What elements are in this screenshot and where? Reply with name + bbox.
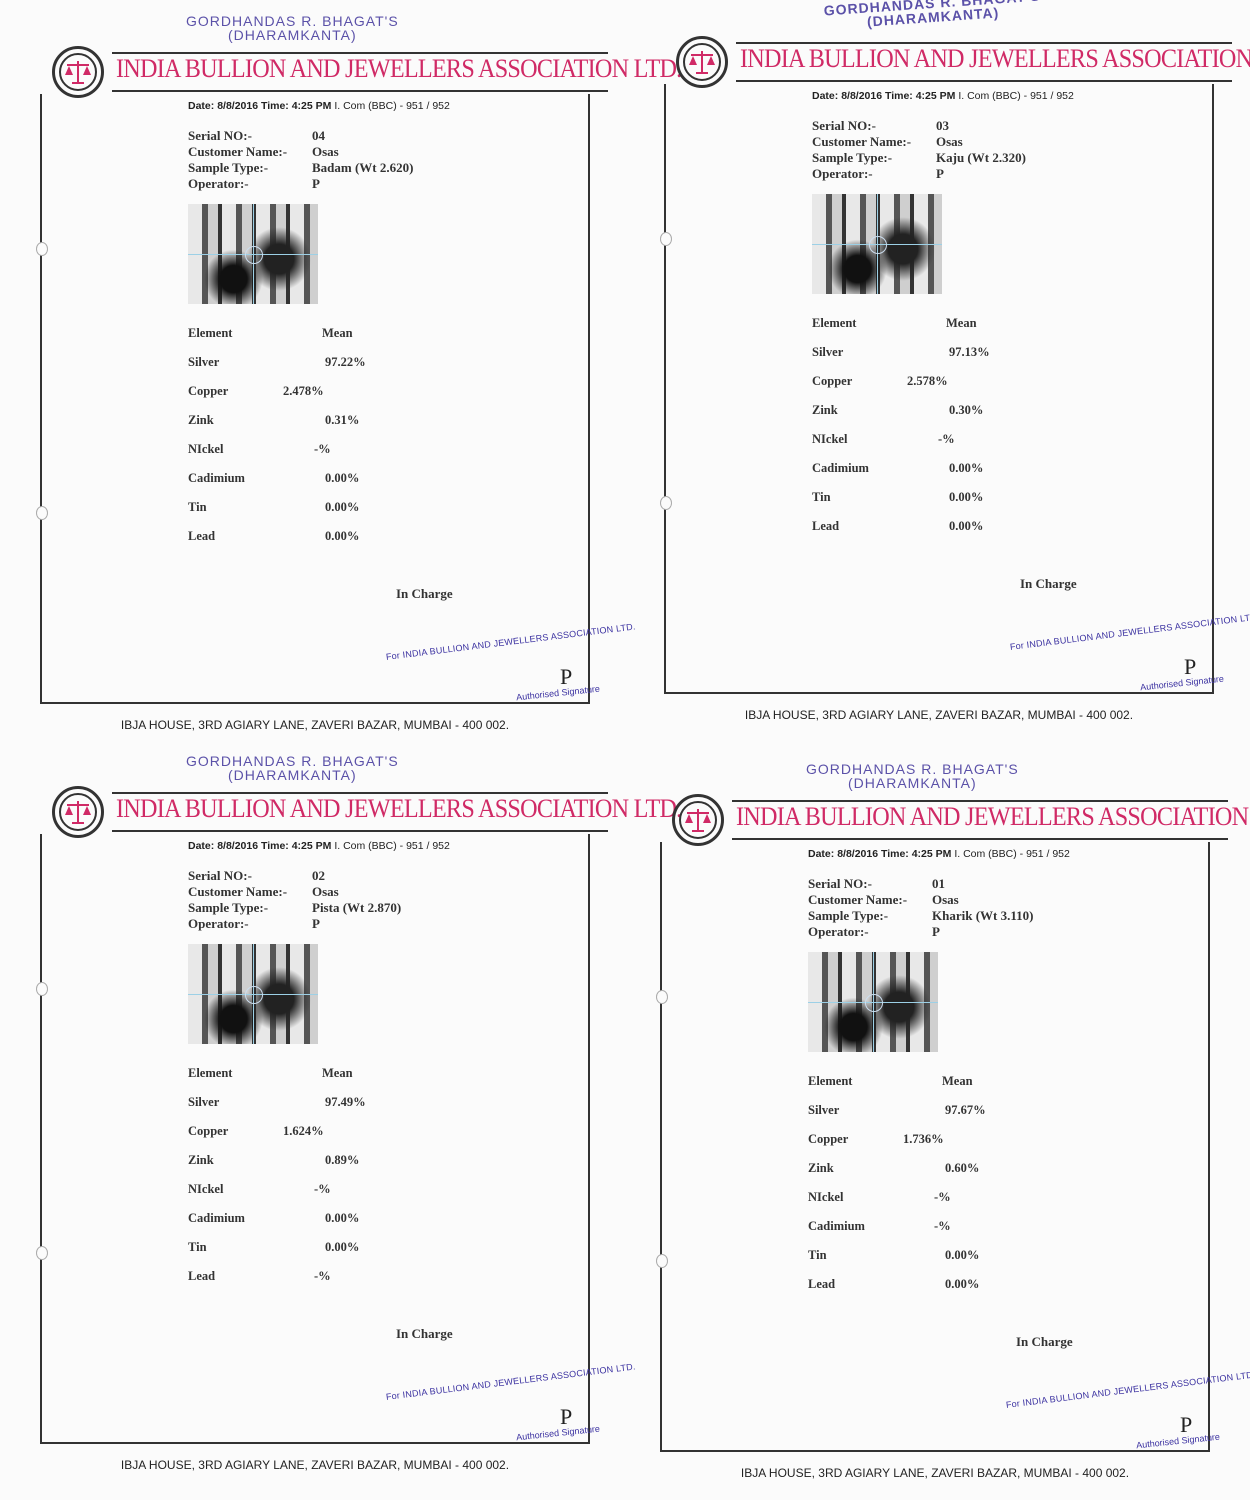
customer-label: Customer Name:- (188, 884, 312, 900)
company-address: IBJA HOUSE, 3RD AGIARY LANE, ZAVERI BAZA… (40, 718, 590, 732)
element-mean: 0.60% (945, 1161, 979, 1176)
sample-value: Badam (Wt 2.620) (312, 160, 413, 176)
assay-certificate-03: GORDHANDAS R. BHAGAT'S (DHARAMKANTA) IND… (664, 2, 1224, 742)
sample-xray-image (188, 204, 318, 304)
in-charge-label: In Charge (1016, 1334, 1073, 1350)
operator-value: P (932, 924, 940, 940)
element-name: Silver (808, 1103, 839, 1118)
punch-hole (656, 1254, 668, 1268)
crosshair-circle (865, 994, 883, 1012)
date-suffix: I. Com (BBC) - 951 / 952 (334, 100, 450, 112)
punch-hole (656, 990, 668, 1004)
scales-logo-icon (52, 786, 104, 838)
element-name: Lead (188, 529, 215, 544)
operator-label: Operator:- (812, 166, 936, 182)
element-name: NIckel (188, 1182, 223, 1197)
customer-label: Customer Name:- (188, 144, 312, 160)
scales-logo-icon (676, 36, 728, 88)
element-name: Cadimium (188, 471, 245, 486)
date-value: 8/8/2016 Time: 4:25 PM (841, 90, 955, 102)
sample-xray-image (188, 944, 318, 1044)
sample-details: Serial NO:-03 Customer Name:-Osas Sample… (812, 118, 1026, 182)
date-label: Date: (188, 100, 214, 112)
serial-value: 02 (312, 868, 325, 884)
element-mean: -% (314, 442, 331, 457)
sample-details: Serial NO:-04 Customer Name:-Osas Sample… (188, 128, 413, 192)
element-mean: 0.30% (949, 403, 983, 418)
element-name: Copper (188, 1124, 228, 1139)
company-title: INDIA BULLION AND JEWELLERS ASSOCIATION … (736, 802, 1250, 832)
element-mean: -% (314, 1182, 331, 1197)
element-name: NIckel (188, 442, 223, 457)
element-mean: 2.578% (907, 374, 948, 389)
element-name: Copper (188, 384, 228, 399)
punch-hole (36, 1246, 48, 1260)
element-mean: 0.31% (325, 413, 359, 428)
sample-xray-image (812, 194, 942, 294)
element-mean: 0.00% (949, 490, 983, 505)
customer-label: Customer Name:- (808, 892, 932, 908)
element-header: Element (188, 1066, 232, 1081)
date-line: Date: 8/8/2016 Time: 4:25 PM I. Com (BBC… (808, 848, 1070, 860)
element-mean: 0.00% (325, 500, 359, 515)
date-suffix: I. Com (BBC) - 951 / 952 (958, 90, 1074, 102)
element-name: Copper (812, 374, 852, 389)
crosshair-circle (245, 246, 263, 264)
operator-label: Operator:- (188, 916, 312, 932)
date-label: Date: (188, 840, 214, 852)
element-name: Zink (812, 403, 838, 418)
element-mean: 0.00% (325, 1211, 359, 1226)
sample-details: Serial NO:-01 Customer Name:-Osas Sample… (808, 876, 1033, 940)
mean-header: Mean (322, 1066, 353, 1081)
date-suffix: I. Com (BBC) - 951 / 952 (334, 840, 450, 852)
element-name: Cadimium (808, 1219, 865, 1234)
element-mean: 1.736% (903, 1132, 944, 1147)
element-mean: 0.00% (945, 1248, 979, 1263)
serial-value: 04 (312, 128, 325, 144)
header-rule-bottom (112, 90, 608, 92)
in-charge-label: In Charge (396, 586, 453, 602)
sample-details: Serial NO:-02 Customer Name:-Osas Sample… (188, 868, 401, 932)
serial-value: 03 (936, 118, 949, 134)
header-rule-bottom (732, 838, 1228, 840)
element-name: Tin (812, 490, 831, 505)
crosshair-circle (245, 986, 263, 1004)
operator-label: Operator:- (808, 924, 932, 940)
company-title: INDIA BULLION AND JEWELLERS ASSOCIATION … (740, 44, 1250, 74)
operator-label: Operator:- (188, 176, 312, 192)
customer-value: Osas (312, 144, 339, 160)
element-mean: 97.13% (949, 345, 990, 360)
element-mean: 2.478% (283, 384, 324, 399)
operator-value: P (312, 916, 320, 932)
dharamkanta-stamp: GORDHANDAS R. BHAGAT'S (DHARAMKANTA) (186, 14, 399, 42)
company-address: IBJA HOUSE, 3RD AGIARY LANE, ZAVERI BAZA… (660, 1466, 1210, 1480)
element-mean: 0.00% (325, 529, 359, 544)
element-name: Copper (808, 1132, 848, 1147)
mean-header: Mean (322, 326, 353, 341)
element-name: Cadimium (812, 461, 869, 476)
date-label: Date: (808, 848, 834, 860)
scales-logo-icon (52, 46, 104, 98)
element-name: NIckel (808, 1190, 843, 1205)
punch-hole (660, 232, 672, 246)
customer-label: Customer Name:- (812, 134, 936, 150)
date-suffix: I. Com (BBC) - 951 / 952 (954, 848, 1070, 860)
element-mean: 97.49% (325, 1095, 366, 1110)
element-mean: 0.00% (949, 519, 983, 534)
sample-label: Sample Type:- (188, 160, 312, 176)
sample-label: Sample Type:- (808, 908, 932, 924)
sample-label: Sample Type:- (812, 150, 936, 166)
date-label: Date: (812, 90, 838, 102)
element-name: Lead (188, 1269, 215, 1284)
sample-label: Sample Type:- (188, 900, 312, 916)
mean-header: Mean (942, 1074, 973, 1089)
dharamkanta-stamp: GORDHANDAS R. BHAGAT'S (DHARAMKANTA) (823, 0, 1042, 32)
sample-value: Pista (Wt 2.870) (312, 900, 401, 916)
punch-hole (36, 982, 48, 996)
company-address: IBJA HOUSE, 3RD AGIARY LANE, ZAVERI BAZA… (664, 708, 1214, 722)
date-line: Date: 8/8/2016 Time: 4:25 PM I. Com (BBC… (188, 100, 450, 112)
element-mean: 0.00% (325, 1240, 359, 1255)
crosshair-circle (869, 236, 887, 254)
assay-certificate-02: GORDHANDAS R. BHAGAT'S (DHARAMKANTA) IND… (40, 752, 600, 1492)
stamp-line-2: (DHARAMKANTA) (186, 768, 399, 782)
customer-value: Osas (936, 134, 963, 150)
serial-label: Serial NO:- (808, 876, 932, 892)
assay-certificate-01: GORDHANDAS R. BHAGAT'S (DHARAMKANTA) IND… (660, 760, 1220, 1500)
operator-value: P (936, 166, 944, 182)
assay-certificate-04: GORDHANDAS R. BHAGAT'S (DHARAMKANTA) IND… (40, 12, 600, 752)
punch-hole (36, 242, 48, 256)
element-mean: -% (934, 1219, 951, 1234)
element-name: Cadimium (188, 1211, 245, 1226)
element-mean: 1.624% (283, 1124, 324, 1139)
company-title: INDIA BULLION AND JEWELLERS ASSOCIATION … (116, 54, 681, 84)
element-name: Silver (188, 355, 219, 370)
element-header: Element (808, 1074, 852, 1089)
element-name: Lead (808, 1277, 835, 1292)
serial-label: Serial NO:- (812, 118, 936, 134)
date-line: Date: 8/8/2016 Time: 4:25 PM I. Com (BBC… (812, 90, 1074, 102)
in-charge-label: In Charge (1020, 576, 1077, 592)
serial-value: 01 (932, 876, 945, 892)
element-mean: 97.22% (325, 355, 366, 370)
customer-value: Osas (932, 892, 959, 908)
element-name: Silver (188, 1095, 219, 1110)
sample-xray-image (808, 952, 938, 1052)
element-name: Tin (808, 1248, 827, 1263)
punch-hole (660, 496, 672, 510)
dharamkanta-stamp: GORDHANDAS R. BHAGAT'S (DHARAMKANTA) (186, 754, 399, 782)
element-mean: 97.67% (945, 1103, 986, 1118)
punch-hole (36, 506, 48, 520)
date-line: Date: 8/8/2016 Time: 4:25 PM I. Com (BBC… (188, 840, 450, 852)
scales-logo-icon (672, 794, 724, 846)
element-name: Zink (808, 1161, 834, 1176)
serial-label: Serial NO:- (188, 868, 312, 884)
stamp-line-2: (DHARAMKANTA) (806, 776, 1019, 790)
element-name: Silver (812, 345, 843, 360)
element-header: Element (812, 316, 856, 331)
element-mean: 0.89% (325, 1153, 359, 1168)
element-name: Lead (812, 519, 839, 534)
date-value: 8/8/2016 Time: 4:25 PM (217, 840, 331, 852)
header-rule-bottom (112, 830, 608, 832)
element-name: Zink (188, 1153, 214, 1168)
element-header: Element (188, 326, 232, 341)
element-mean: -% (938, 432, 955, 447)
element-mean: 0.00% (945, 1277, 979, 1292)
stamp-line-2: (DHARAMKANTA) (186, 28, 399, 42)
element-mean: 0.00% (325, 471, 359, 486)
date-value: 8/8/2016 Time: 4:25 PM (217, 100, 331, 112)
element-name: Zink (188, 413, 214, 428)
company-title: INDIA BULLION AND JEWELLERS ASSOCIATION … (116, 794, 681, 824)
customer-value: Osas (312, 884, 339, 900)
element-mean: -% (934, 1190, 951, 1205)
in-charge-label: In Charge (396, 1326, 453, 1342)
date-value: 8/8/2016 Time: 4:25 PM (837, 848, 951, 860)
serial-label: Serial NO:- (188, 128, 312, 144)
company-address: IBJA HOUSE, 3RD AGIARY LANE, ZAVERI BAZA… (40, 1458, 590, 1472)
element-mean: -% (314, 1269, 331, 1284)
element-mean: 0.00% (949, 461, 983, 476)
header-rule-bottom (736, 80, 1232, 82)
mean-header: Mean (946, 316, 977, 331)
element-name: Tin (188, 1240, 207, 1255)
element-name: NIckel (812, 432, 847, 447)
element-name: Tin (188, 500, 207, 515)
sample-value: Kaju (Wt 2.320) (936, 150, 1026, 166)
dharamkanta-stamp: GORDHANDAS R. BHAGAT'S (DHARAMKANTA) (806, 762, 1019, 790)
operator-value: P (312, 176, 320, 192)
sample-value: Kharik (Wt 3.110) (932, 908, 1033, 924)
